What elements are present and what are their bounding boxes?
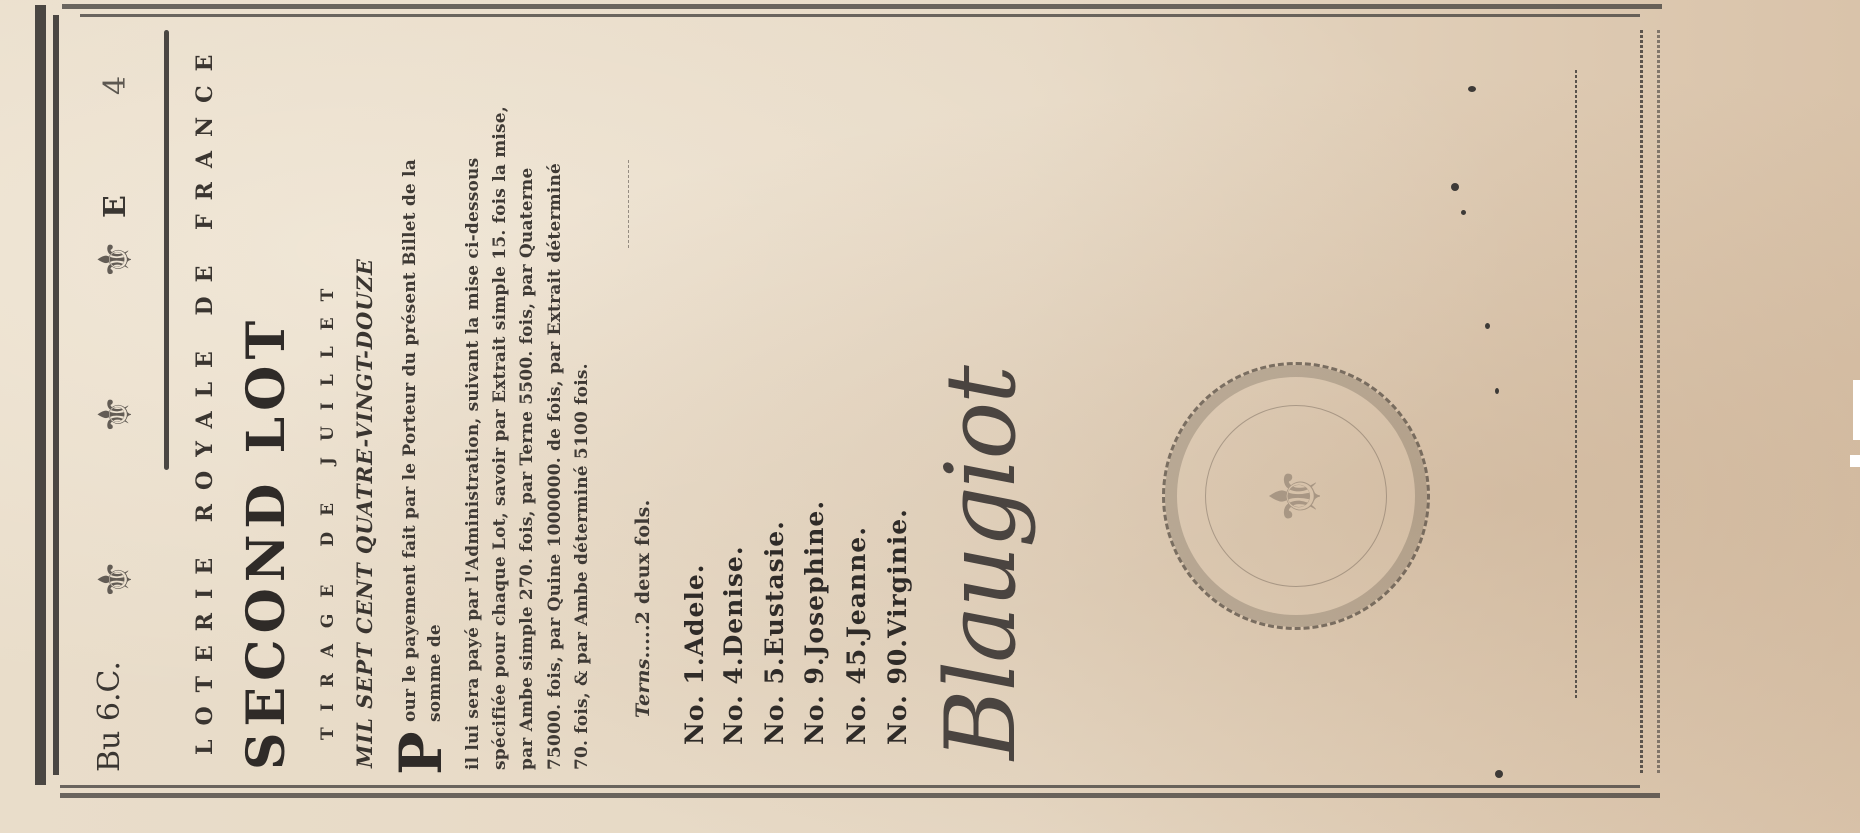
ink-spot xyxy=(1495,388,1499,394)
seal-fleur-icon: ⚜ xyxy=(1255,465,1337,528)
border-left-lower-outer xyxy=(35,480,46,785)
stake-label: Terns xyxy=(632,658,654,718)
body-line: somme de xyxy=(425,624,445,722)
fleur-de-lis-icon: ⚜ xyxy=(88,394,142,435)
body-line: 75000. fois, par Quine 1000000. de fois,… xyxy=(545,163,565,770)
border-right-outer xyxy=(1640,30,1643,775)
embossed-seal: ⚜ xyxy=(1162,362,1430,630)
series-letter: E xyxy=(98,195,133,218)
number-entry: No. 5.Eustasie. xyxy=(760,520,789,745)
border-top-inner xyxy=(80,14,1640,17)
body-dropcap: P xyxy=(392,731,450,775)
stake-value: 2 deux fols. xyxy=(632,500,654,625)
ink-spot xyxy=(1451,183,1459,191)
border-bottom-outer xyxy=(60,793,1660,798)
border-right-dotted xyxy=(1575,70,1577,700)
body-line: spécifiée pour chaque Lot, savoir par Ex… xyxy=(490,106,510,770)
fleur-de-lis-icon: ⚜ xyxy=(88,559,142,600)
ink-spot xyxy=(1495,770,1503,778)
body-line: our le payement fait par le Porteur du p… xyxy=(400,159,420,722)
border-left-outer xyxy=(35,5,46,487)
fleur-de-lis-icon: ⚜ xyxy=(88,239,142,280)
body-line: par Ambe simple 270. fois, par Terne 550… xyxy=(517,168,537,771)
ink-spot xyxy=(1485,323,1490,329)
year-title: MIL SEPT CENT QUATRE-VINGT-DOUZE xyxy=(352,258,377,768)
torn-edge xyxy=(1850,455,1860,467)
border-top-outer xyxy=(62,4,1662,9)
border-bottom-inner xyxy=(60,785,1640,788)
stake-dots: ..... xyxy=(632,624,654,658)
institution-title: LOTERIE ROYALE DE FRANCE xyxy=(192,41,218,755)
border-right-outer-2 xyxy=(1657,30,1660,775)
torn-edge xyxy=(1853,380,1860,440)
ink-spot xyxy=(1461,210,1466,215)
body-line: 70. fois, & par Ambe déterminé 5100 fois… xyxy=(572,363,592,770)
serial-number: Bu 6.C. xyxy=(92,661,127,772)
number-entry: No. 45.Jeanne. xyxy=(842,526,871,745)
draw-title: TIRAGE DE JUILLET xyxy=(318,273,338,740)
number-entry: No. 4.Denise. xyxy=(719,545,748,745)
stake-line: Terns.....2 deux fols. xyxy=(632,500,654,718)
divider-dotted xyxy=(628,160,629,250)
body-line: il lui sera payé par l'Administration, s… xyxy=(463,158,483,770)
border-left-lower-inner xyxy=(53,470,59,775)
border-left-inner xyxy=(53,15,59,473)
signature: Blaugiot xyxy=(925,367,1037,760)
lot-title: SECOND LOT xyxy=(236,315,297,770)
header-rule xyxy=(164,30,169,470)
number-entry: No. 90.Virginie. xyxy=(883,508,912,745)
ticket-number: 4 xyxy=(98,76,133,95)
ink-spot xyxy=(1468,86,1476,92)
number-entry: No. 1.Adele. xyxy=(680,564,709,745)
number-entry: No. 9.Josephine. xyxy=(800,500,829,745)
